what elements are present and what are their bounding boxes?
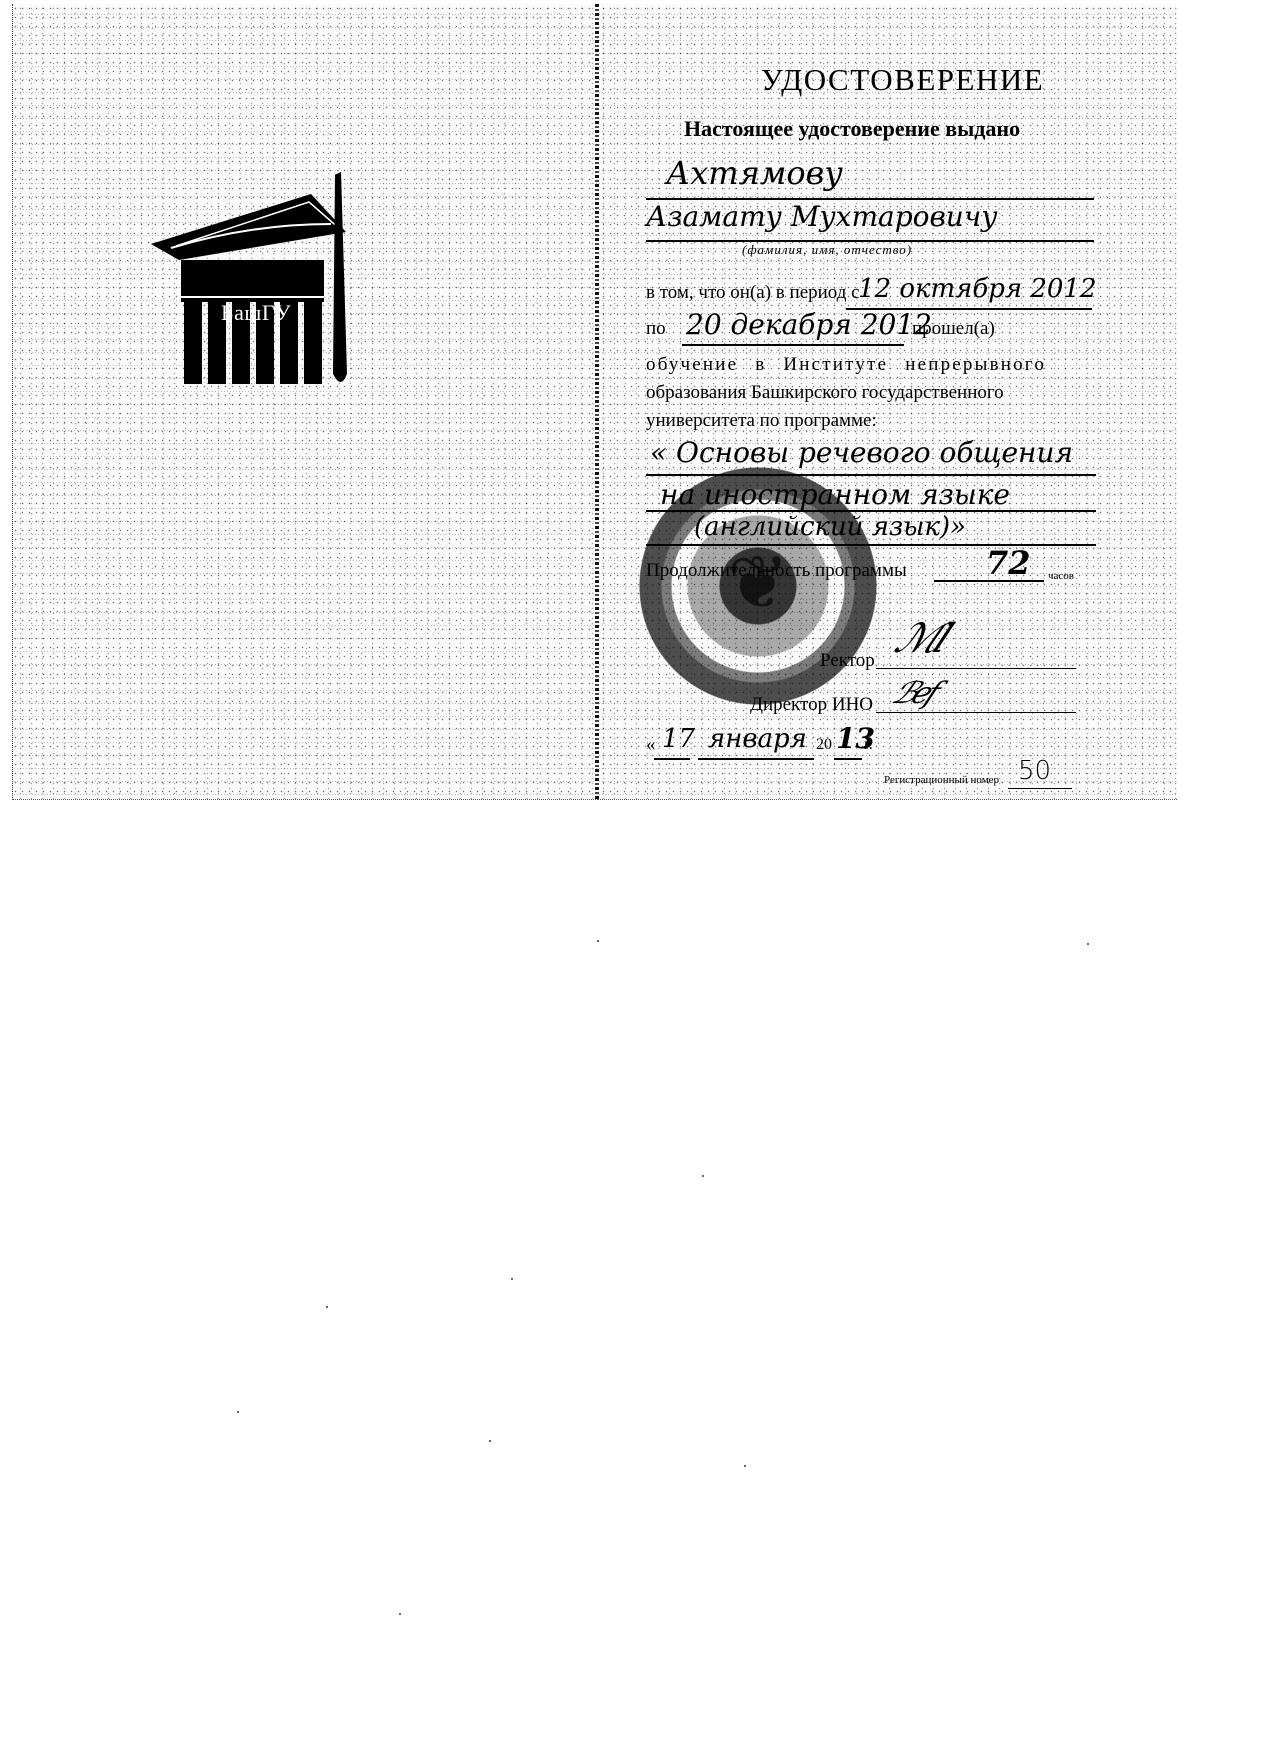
period-end-underline [682,344,904,346]
program-line-1: « Основы речевого общения [650,436,1073,469]
recipient-name-patronymic: Азамату Мухтаровичу [646,200,998,233]
issue-year-unit: г. [864,736,873,754]
scan-speck [237,1411,239,1413]
period-start: 12 октября 2012 [858,274,1097,304]
duration-value: 72 [986,544,1031,582]
logo-text: БашГУ [221,300,291,326]
issue-month: января [708,724,807,754]
issue-year-underline [834,758,862,760]
recipient-surname: Ахтямову [666,154,843,192]
name-caption: (фамилия, имя, отчество) [742,242,912,258]
certificate-subtitle: Настоящее удостоверение выдано [684,116,1020,142]
rector-label: Ректор [820,650,875,672]
body-line-1: обучение в Институте непрерывного [646,354,1046,376]
issue-day: 17 [662,724,695,754]
director-signature-line [876,712,1076,713]
scan-speck [1087,943,1089,945]
scan-speck [597,940,599,942]
period-prefix: в том, что он(а) в период с [646,282,860,304]
scan-speck [489,1440,491,1442]
scan-speck [326,1306,328,1308]
body-line-3: университета по программе: [646,410,877,432]
scan-speck [744,1465,746,1467]
scan-speck [399,1613,401,1615]
scan-speck [702,1175,704,1177]
period-end: 20 декабря 2012 [686,308,932,341]
registration-underline [1008,788,1072,789]
director-label: Директор ИНО [750,694,873,716]
registration-number: 50 [1018,756,1051,786]
body-line-2: образования Башкирского государственного [646,382,1004,404]
period-to-label: по [646,318,666,340]
issue-day-underline [654,758,690,760]
registration-label: Регистрационный номер [884,774,999,786]
duration-underline [934,580,1044,582]
eagle-emblem-icon: ❦ [720,534,796,634]
university-logo-icon: БашГУ [151,132,361,384]
scanned-certificate: БашГУ УДОСТОВЕРЕНИЕ Настоящее удостовере… [12,4,1177,799]
duration-unit: часов [1048,570,1074,582]
certificate-title: УДОСТОВЕРЕНИЕ [598,62,1177,98]
issue-year-prefix: 20 [816,736,832,754]
passed-label: прошел(а) [912,318,995,340]
rector-signature-line [876,668,1076,669]
director-signature: ℬef [886,676,943,711]
rector-signature: ℳl [887,616,956,662]
issue-date-quote: « [646,734,656,756]
certificate-cover-panel: БашГУ [12,4,598,800]
scan-speck [511,1278,513,1280]
certificate-content-panel: УДОСТОВЕРЕНИЕ Настоящее удостоверение вы… [598,4,1177,800]
issue-month-underline [698,758,814,760]
